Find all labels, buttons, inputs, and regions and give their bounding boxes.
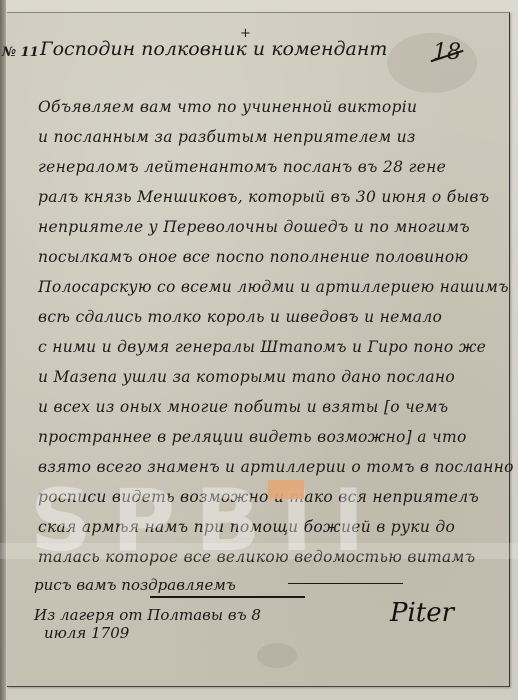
body-line: Полосарскую со всеми людми и артиллериею… (38, 278, 509, 296)
body-line: генераломъ лейтенантомъ посланъ въ 28 ге… (38, 158, 446, 176)
body-line: ская армѣя намъ при помощи божией в руки… (38, 518, 455, 536)
body-line: и Мазепа ушли за которыми тапо дано посл… (38, 368, 455, 386)
paper-stain (257, 643, 297, 668)
watermark-band (0, 543, 518, 559)
binding-shadow (0, 0, 6, 700)
body-line: всѣ сдались толко король и шведовъ и нем… (38, 308, 442, 326)
item-number: № 11 (2, 45, 39, 60)
body-line: посылкамъ оное все поспо пополнение поло… (38, 248, 469, 266)
color-patch (268, 480, 304, 499)
body-line: взято всего знаменъ и артиллерии о томъ … (38, 458, 514, 476)
place-date-line-2: июля 1709 (44, 624, 129, 642)
closing-underline (150, 596, 305, 598)
closing-line: рисъ вамъ поздравляемъ (34, 576, 236, 594)
body-line: неприятеле у Переволочны дошедъ и по мно… (38, 218, 470, 236)
body-line: ралъ князь Меншиковъ, который въ 30 июня… (38, 188, 489, 206)
body-line: и посланным за разбитым неприятелем из (38, 128, 416, 146)
place-date-line-1: Из лагеря от Полтавы въ 8 (34, 606, 261, 624)
paper-stain (387, 33, 477, 93)
body-line: Объявляем вам что по учиненной викторіи (38, 98, 417, 116)
body-line: и всех из оных многие побиты и взяты [о … (38, 398, 448, 416)
body-line: с ними и двумя генералы Штапомъ и Гиро п… (38, 338, 486, 356)
signature: Piter (390, 598, 454, 628)
body-line: росписи видеть возможно и тако вся непри… (38, 488, 479, 506)
body-line: пространнее в реляции видеть возможно] а… (38, 428, 467, 446)
salutation: Господин полковник и комендант (40, 38, 387, 60)
signature-rule (288, 583, 403, 584)
